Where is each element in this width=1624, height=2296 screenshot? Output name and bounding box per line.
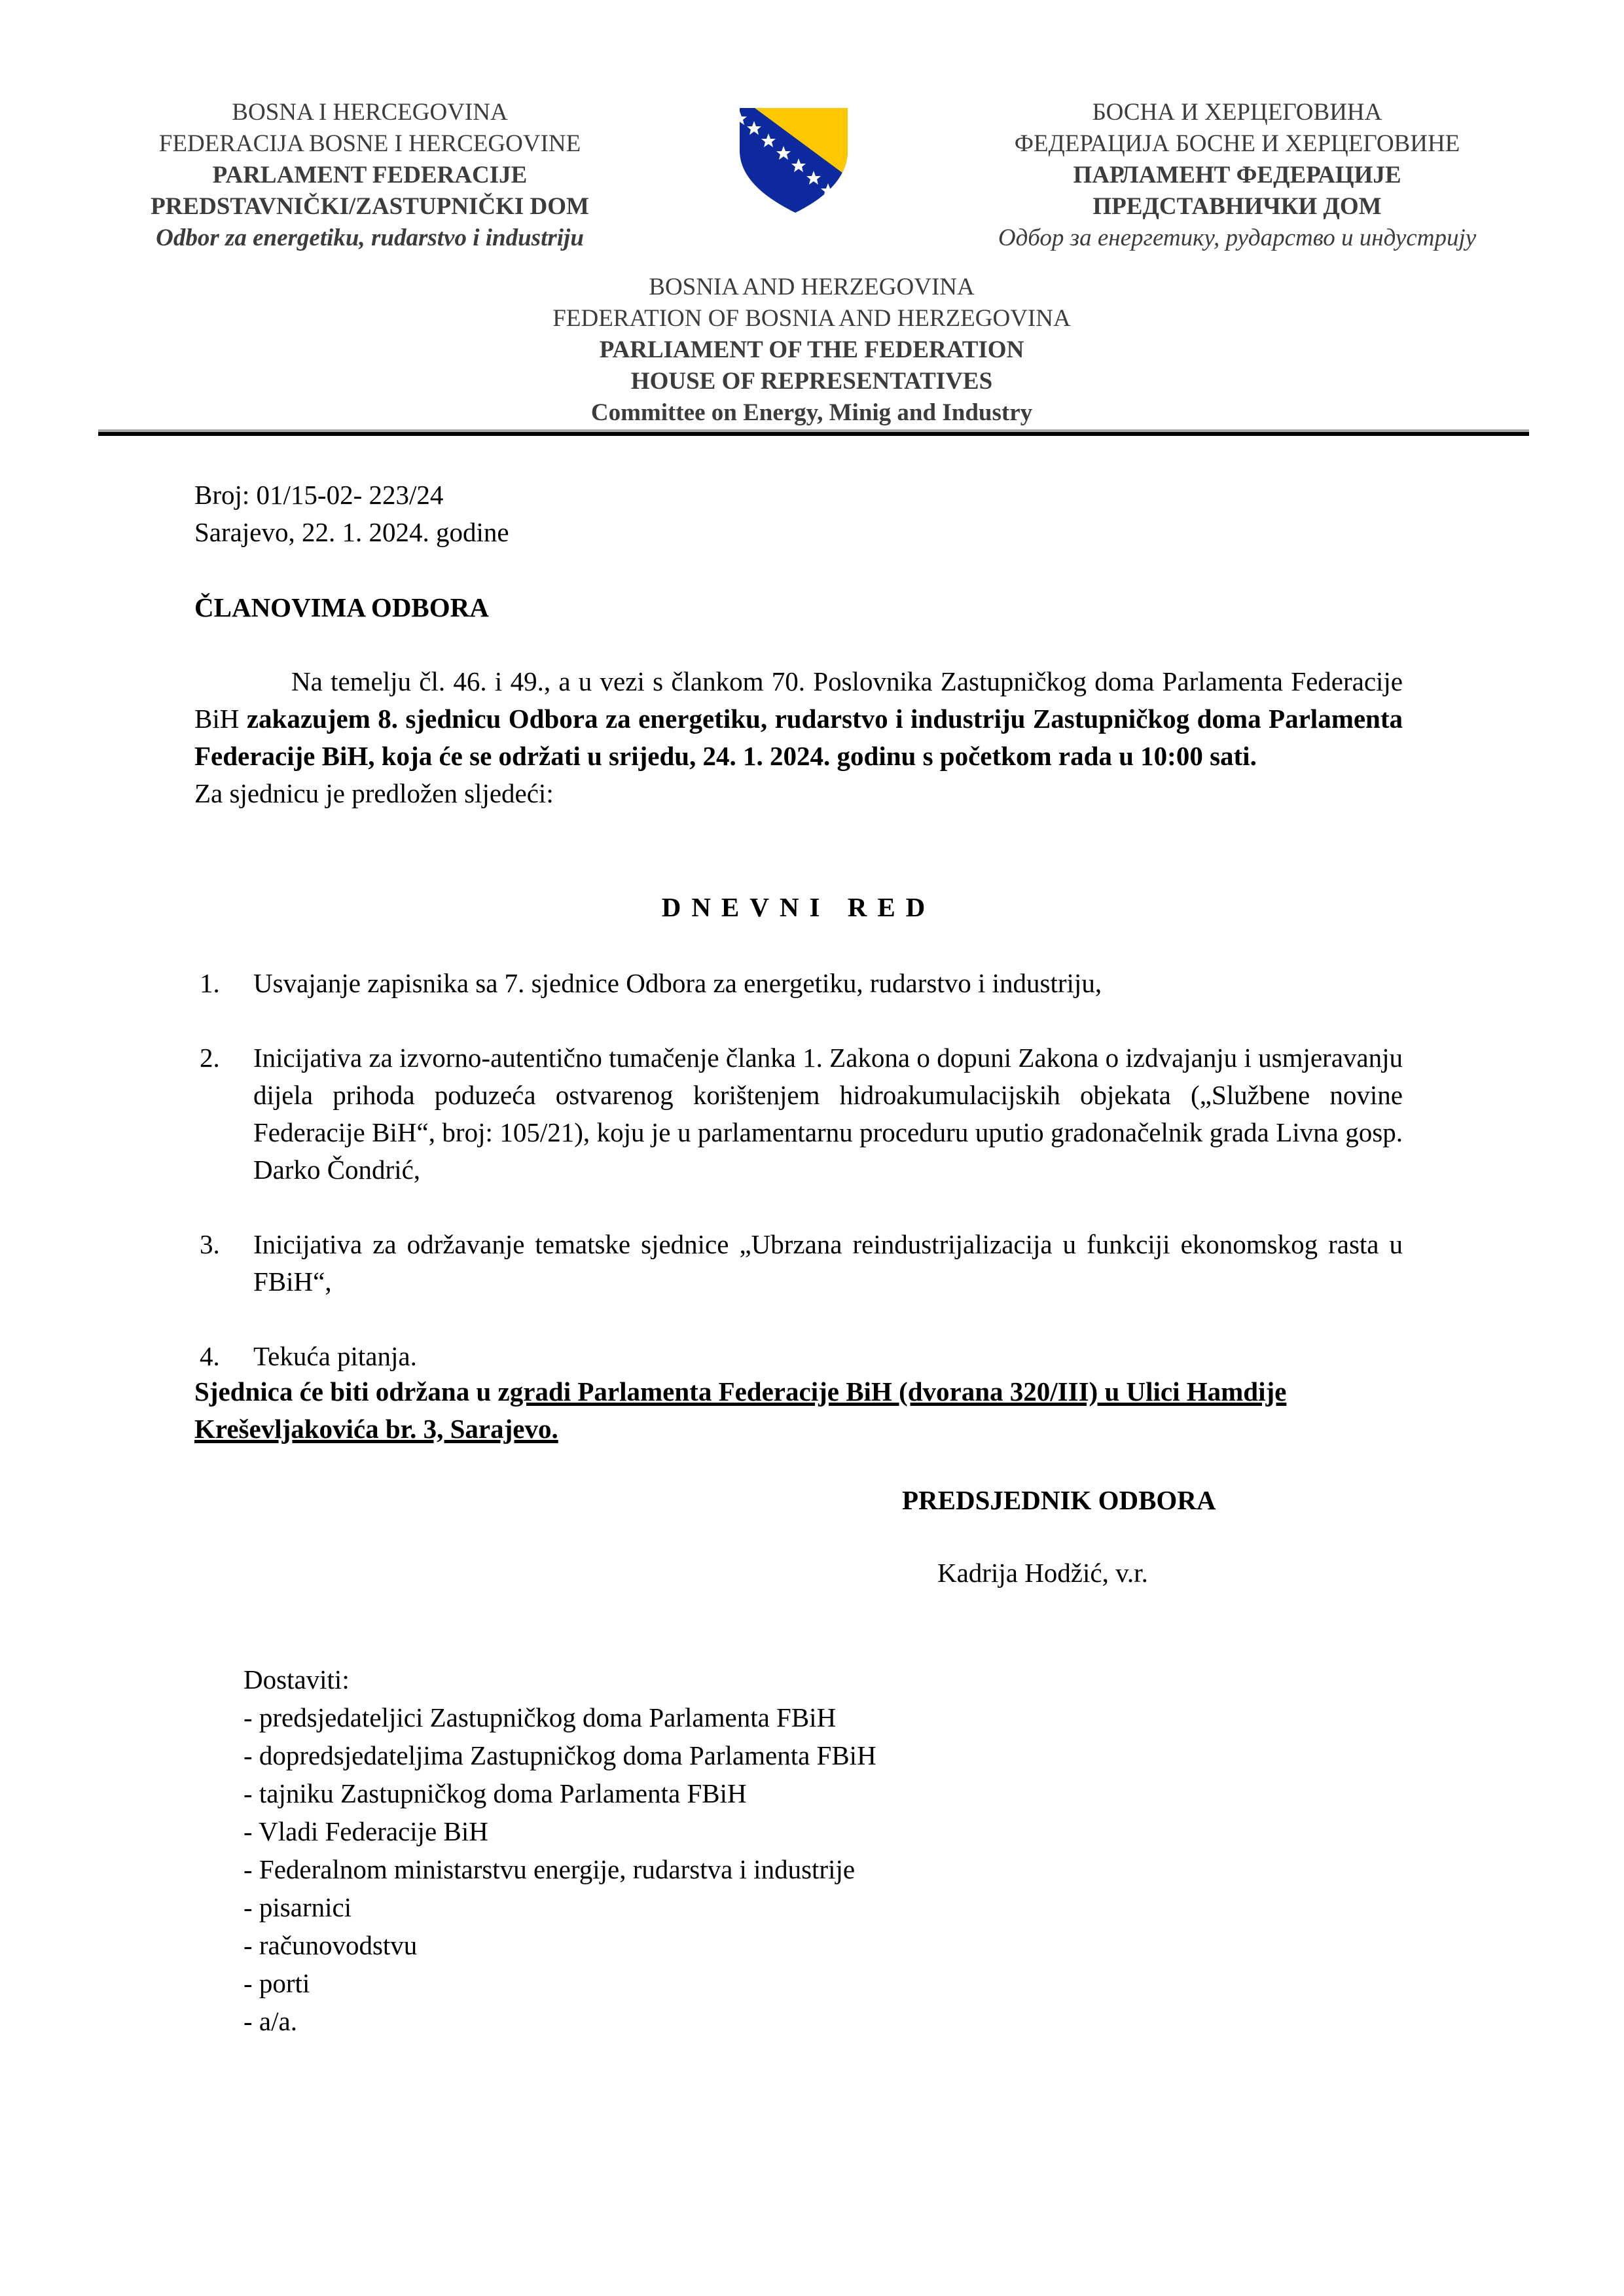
- parliament-name-cyrillic: ПАРЛАМЕНТ ФЕДЕРАЦИЈЕ: [952, 160, 1522, 191]
- parliament-name-english: PARLIAMENT OF THE FEDERATION: [425, 334, 1198, 366]
- distribution-label: Dostaviti:: [244, 1660, 876, 1698]
- agenda-item-text: Usvajanje zapisnika sa 7. sjednice Odbor…: [253, 965, 1403, 1002]
- agenda-item-text: Inicijativa za održavanje tematske sjedn…: [253, 1226, 1403, 1300]
- distribution-item: - računovodstvu: [244, 1926, 876, 1964]
- agenda-item-number: 1.: [194, 965, 253, 1002]
- distribution-item: - predsjedateljici Zastupničkog doma Par…: [244, 1698, 876, 1736]
- committee-name-cyrillic: Одбор за енергетику, рударство и индустр…: [952, 223, 1522, 254]
- reference-number: Broj: 01/15-02- 223/24: [194, 476, 1403, 514]
- federation-name: FEDERACIJA BOSNE I HERCEGOVINE: [98, 128, 641, 160]
- distribution-list: Dostaviti: - predsjedateljici Zastupničk…: [244, 1660, 876, 2040]
- distribution-item: - a/a.: [244, 2002, 876, 2040]
- agenda-item: 4. Tekuća pitanja.: [194, 1338, 1403, 1375]
- agenda-item: 3. Inicijativa za održavanje tematske sj…: [194, 1226, 1403, 1300]
- document-reference: Broj: 01/15-02- 223/24 Sarajevo, 22. 1. …: [194, 476, 1403, 551]
- intro-paragraph: Na temelju čl. 46. i 49., a u vezi s čla…: [194, 663, 1403, 812]
- letterhead-cyrillic: БОСНА И ХЕРЦЕГОВИНА ФЕДЕРАЦИЈА БОСНЕ И Х…: [952, 97, 1522, 254]
- committee-name: Odbor za energetiku, rudarstvo i industr…: [98, 223, 641, 254]
- letterhead-english: BOSNIA AND HERZEGOVINA FEDERATION OF BOS…: [425, 272, 1198, 429]
- agenda-title: DNEVNI RED: [194, 891, 1403, 923]
- house-name: PREDSTAVNIČKI/ZASTUPNIČKI DOM: [98, 191, 641, 223]
- agenda-item: 1. Usvajanje zapisnika sa 7. sjednice Od…: [194, 965, 1403, 1002]
- country-name-english: BOSNIA AND HERZEGOVINA: [425, 272, 1198, 303]
- agenda-item-text: Tekuća pitanja.: [253, 1338, 1403, 1375]
- distribution-item: - porti: [244, 1964, 876, 2002]
- signatory-name: Kadrija Hodžić, v.r.: [937, 1557, 1148, 1588]
- distribution-item: - pisarnici: [244, 1888, 876, 1926]
- distribution-item: - tajniku Zastupničkog doma Parlamenta F…: [244, 1774, 876, 1812]
- agenda-item-text: Inicijativa za izvorno-autentično tumače…: [253, 1039, 1403, 1189]
- agenda-item-number: 4.: [194, 1338, 253, 1375]
- signatory-title: PREDSJEDNIK ODBORA: [902, 1484, 1216, 1516]
- recipient-heading: ČLANOVIMA ODBORA: [194, 589, 1403, 626]
- letterhead-latin: BOSNA I HERCEGOVINA FEDERACIJA BOSNE I H…: [98, 97, 641, 254]
- agenda-item: 2. Inicijativa za izvorno-autentično tum…: [194, 1039, 1403, 1189]
- location-text: Sjednica će biti održana u z: [194, 1376, 510, 1407]
- place-date: Sarajevo, 22. 1. 2024. godine: [194, 514, 1403, 551]
- distribution-item: - Federalnom ministarstvu energije, ruda…: [244, 1850, 876, 1888]
- distribution-item: - dopredsjedateljima Zastupničkog doma P…: [244, 1736, 876, 1774]
- federation-name-cyrillic: ФЕДЕРАЦИЈА БОСНЕ И ХЕРЦЕГОВИНЕ: [952, 128, 1522, 160]
- distribution-item: - Vladi Federacije BiH: [244, 1812, 876, 1850]
- agenda-item-number: 2.: [194, 1039, 253, 1189]
- agenda-item-number: 3.: [194, 1226, 253, 1300]
- meeting-location: Sjednica će biti održana u zgradi Parlam…: [194, 1373, 1403, 1448]
- federation-name-english: FEDERATION OF BOSNIA AND HERZEGOVINA: [425, 303, 1198, 334]
- country-name-cyrillic: БОСНА И ХЕРЦЕГОВИНА: [952, 97, 1522, 128]
- intro-bold-text: zakazujem 8. sjednicu Odbora za energeti…: [194, 704, 1403, 771]
- house-name-cyrillic: ПРЕДСТАВНИЧКИ ДОМ: [952, 191, 1522, 223]
- committee-name-english: Committee on Energy, Minig and Industry: [425, 397, 1198, 429]
- agenda-list: 1. Usvajanje zapisnika sa 7. sjednice Od…: [194, 965, 1403, 1412]
- house-name-english: HOUSE OF REPRESENTATIVES: [425, 366, 1198, 397]
- parliament-name: PARLAMENT FEDERACIJE: [98, 160, 641, 191]
- country-name: BOSNA I HERCEGOVINA: [98, 97, 641, 128]
- intro-agenda-lead: Za sjednicu je predložen sljedeći:: [194, 775, 1403, 812]
- letterhead-divider: [98, 429, 1529, 436]
- coat-of-arms-icon: [736, 95, 854, 213]
